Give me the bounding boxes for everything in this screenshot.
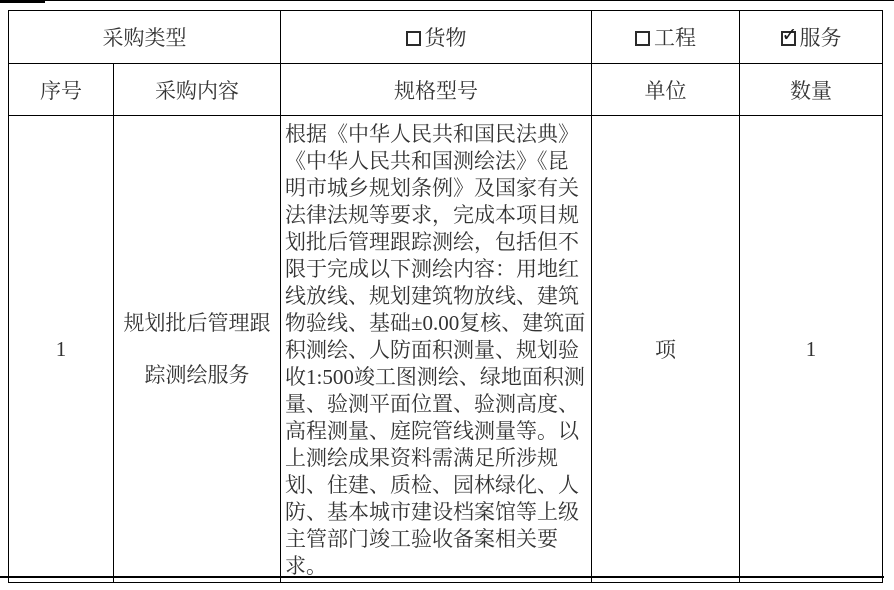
procurement-table: 采购类型 货物 工程 ✓服务 序号 采购内容 规格型号 单位 数量 1 规划批后… (8, 10, 883, 583)
checkbox-services-icon: ✓ (781, 31, 796, 46)
checkbox-works-icon (635, 31, 650, 46)
cell-qty: 1 (740, 116, 883, 583)
bottom-edge-line (0, 576, 884, 578)
column-header-unit: 单位 (592, 64, 740, 116)
document-page: 采购类型 货物 工程 ✓服务 序号 采购内容 规格型号 单位 数量 1 规划批后… (0, 0, 894, 590)
option-goods-label: 货物 (425, 26, 467, 50)
checkbox-services-tick: ✓ (782, 26, 798, 45)
option-goods-cell: 货物 (281, 11, 592, 64)
cell-unit: 项 (592, 116, 740, 583)
option-services-cell: ✓服务 (740, 11, 883, 64)
column-header-content: 采购内容 (114, 64, 281, 116)
column-header-row: 序号 采购内容 规格型号 单位 数量 (9, 64, 883, 116)
purchase-type-label: 采购类型 (9, 11, 281, 64)
cell-seq: 1 (9, 116, 114, 583)
checkbox-goods-icon (406, 31, 421, 46)
column-header-qty: 数量 (740, 64, 883, 116)
column-header-spec: 规格型号 (281, 64, 592, 116)
cell-spec: 根据《中华人民共和国民法典》《中华人民共和国测绘法》《昆明市城乡规划条例》及国家… (281, 116, 592, 583)
cell-content: 规划批后管理跟 踪测绘服务 (114, 116, 281, 583)
option-works-cell: 工程 (592, 11, 740, 64)
table-row: 1 规划批后管理跟 踪测绘服务 根据《中华人民共和国民法典》《中华人民共和国测绘… (9, 116, 883, 583)
purchase-type-row: 采购类型 货物 工程 ✓服务 (9, 11, 883, 64)
column-header-seq: 序号 (9, 64, 114, 116)
top-edge-artifact (0, 0, 45, 3)
top-edge-line (0, 0, 894, 1)
option-services-label: 服务 (800, 26, 842, 50)
option-works-label: 工程 (654, 26, 696, 50)
